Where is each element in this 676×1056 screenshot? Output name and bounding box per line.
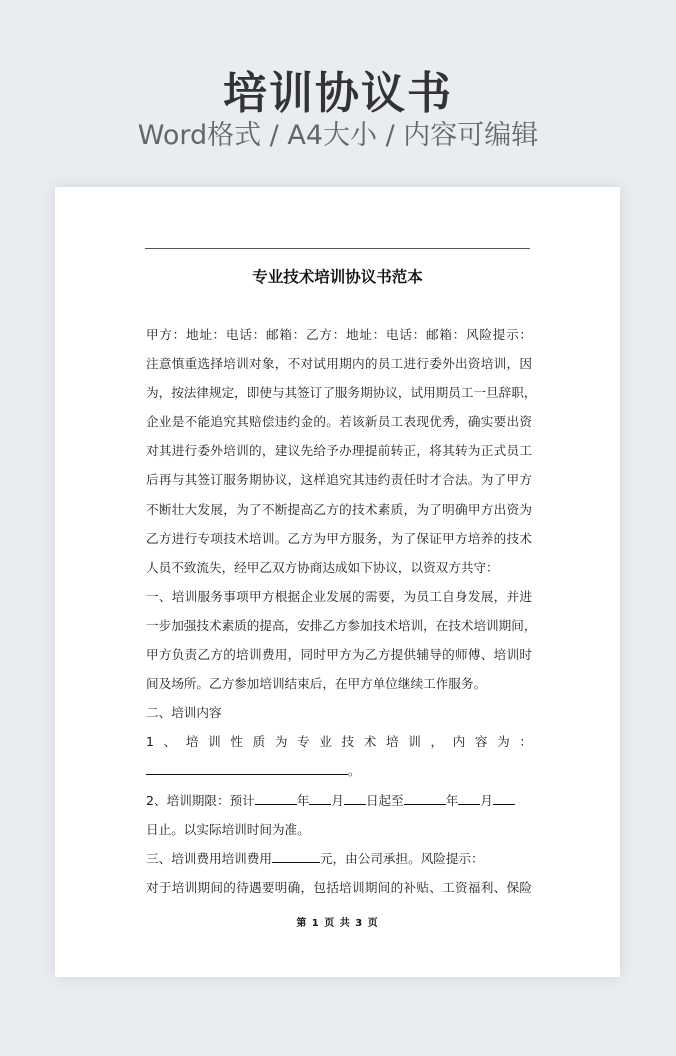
- body-line: 后再与其签订服务期协议，这样追究其违约责任时才合法。为了甲方: [146, 465, 532, 494]
- fee-prefix: 三、培训费用培训费用: [146, 851, 272, 866]
- body-line: 1、培训性质为专业技术培训，内容为：: [146, 727, 532, 756]
- end-month-field[interactable]: [458, 793, 480, 805]
- document-page: 专业技术培训协议书范本 甲方：地址：电话：邮箱：乙方：地址：电话：邮箱：风险提示…: [55, 187, 620, 977]
- banner-subtitle: Word格式 / A4大小 / 内容可编辑: [0, 118, 676, 154]
- year-label: 年: [446, 793, 459, 808]
- banner-title: 培训协议书: [0, 66, 676, 122]
- month-label: 月: [331, 793, 344, 808]
- end-day-field[interactable]: [493, 793, 515, 805]
- body-line: 企业是不能追究其赔偿违约金的。若该新员工表现优秀，确实要出资: [146, 407, 532, 436]
- body-line: 甲方：地址：电话：邮箱：乙方：地址：电话：邮箱：风险提示：: [146, 320, 532, 349]
- fee-suffix: 元，由公司承担。风险提示：: [320, 851, 484, 866]
- fee-amount-field[interactable]: [272, 851, 320, 863]
- period-prefix: 2、培训期限：预计: [146, 793, 255, 808]
- header-rule: [145, 248, 530, 249]
- content-blank-line: 。: [146, 756, 532, 785]
- page-footer: 第 1 页 共 3 页: [55, 914, 620, 929]
- body-line: 对其进行委外培训的，建议先给予办理提前转正，将其转为正式员工: [146, 436, 532, 465]
- body-line: 为，按法律规定，即使与其签订了服务期协议，试用期员工一旦辞职，: [146, 378, 532, 407]
- content-blank-field[interactable]: [146, 763, 348, 775]
- body-line: 乙方进行专项技术培训。乙方为甲方服务，为了保证甲方培养的技术: [146, 524, 532, 553]
- day-from-label: 日起至: [366, 793, 404, 808]
- blank-end: 。: [348, 763, 361, 778]
- body-line: 甲方负责乙方的培训费用，同时甲方为乙方提供辅导的师傅、培训时: [146, 640, 532, 669]
- period-line: 2、培训期限：预计年月日起至年月: [146, 786, 532, 815]
- start-month-field[interactable]: [309, 793, 331, 805]
- body-line: 人员不致流失，经甲乙双方协商达成如下协议，以资双方共守：: [146, 553, 532, 582]
- year-label: 年: [297, 793, 310, 808]
- body-line: 对于培训期间的待遇要明确，包括培训期间的补贴、工资福利、保险: [146, 873, 532, 902]
- document-title: 专业技术培训协议书范本: [55, 265, 620, 287]
- end-year-field[interactable]: [404, 793, 446, 805]
- start-day-field[interactable]: [344, 793, 366, 805]
- body-line: 不断壮大发展，为了不断提高乙方的技术素质，为了明确甲方出资为: [146, 495, 532, 524]
- section-heading: 二、培训内容: [146, 698, 532, 727]
- fee-line: 三、培训费用培训费用元，由公司承担。风险提示：: [146, 844, 532, 873]
- month-label: 月: [480, 793, 493, 808]
- body-line: 间及场所。乙方参加培训结束后，在甲方单位继续工作服务。: [146, 669, 532, 698]
- start-year-field[interactable]: [255, 793, 297, 805]
- body-line: 一、培训服务事项甲方根据企业发展的需要，为员工自身发展，并进: [146, 582, 532, 611]
- body-line: 一步加强技术素质的提高，安排乙方参加技术培训，在技术培训期间，: [146, 611, 532, 640]
- body-line: 日止。以实际培训时间为准。: [146, 815, 532, 844]
- document-body: 甲方：地址：电话：邮箱：乙方：地址：电话：邮箱：风险提示： 注意慎重选择培训对象…: [146, 320, 532, 902]
- body-line: 注意慎重选择培训对象，不对试用期内的员工进行委外出资培训，因: [146, 349, 532, 378]
